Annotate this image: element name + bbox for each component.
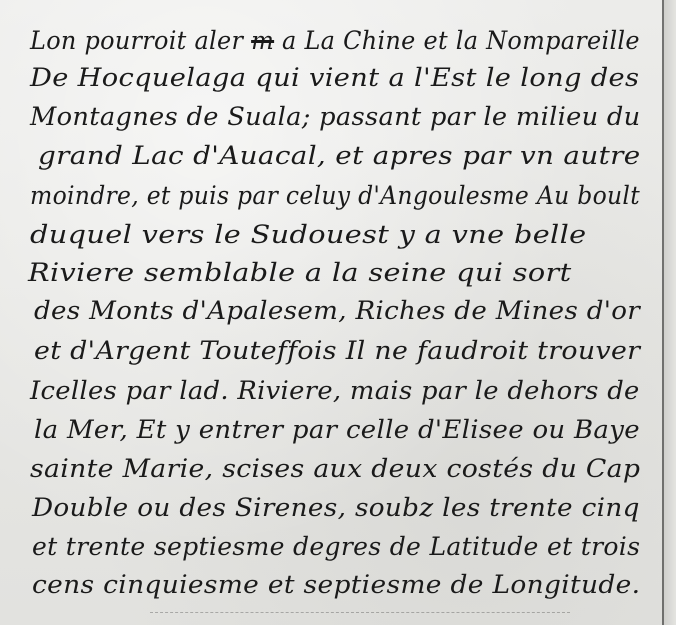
- binding-gutter: [664, 0, 676, 625]
- manuscript-line-10: Icelles par lad. Riviere, mais par le de…: [30, 378, 640, 403]
- line-7-text: Riviere semblable a la seine qui sort: [28, 258, 571, 287]
- manuscript-line-2: De Hocquelaga qui vient a l'Est le long …: [30, 65, 639, 90]
- manuscript-line-6: duquel vers le Sudouest y a vne belle: [30, 222, 586, 247]
- manuscript-line-13: Double ou des Sirenes, soubz les trente …: [32, 495, 640, 520]
- manuscript-line-14: et trente septiesme degres de Latitude e…: [32, 534, 640, 559]
- line-2-text: De Hocquelaga qui vient a l'Est le long …: [30, 63, 639, 92]
- line-3-text: Montagnes de Suala; passant par le milie…: [30, 102, 641, 131]
- line-15-text: cens cinquiesme et septiesme de Longitud…: [32, 570, 640, 599]
- line-4-text: grand Lac d'Auacal, et apres par vn autr…: [38, 141, 641, 170]
- manuscript-line-4: grand Lac d'Auacal, et apres par vn autr…: [38, 143, 641, 168]
- line-14-text: et trente septiesme degres de Latitude e…: [32, 532, 640, 561]
- manuscript-line-9: et d'Argent Touteffois Il ne faudroit tr…: [34, 338, 640, 363]
- line-8-text: des Monts d'Apalesem, Riches de Mines d'…: [34, 296, 640, 325]
- line-13-text: Double ou des Sirenes, soubz les trente …: [32, 493, 640, 522]
- manuscript-line-11: la Mer, Et y entrer par celle d'Elisee o…: [34, 417, 640, 442]
- line-11-text: la Mer, Et y entrer par celle d'Elisee o…: [34, 415, 640, 444]
- struck-out-text: m: [251, 26, 274, 55]
- manuscript-line-8: des Monts d'Apalesem, Riches de Mines d'…: [34, 298, 640, 323]
- manuscript-line-12: sainte Marie, scises aux deux costés du …: [30, 456, 640, 481]
- manuscript-line-3: Montagnes de Suala; passant par le milie…: [30, 104, 641, 129]
- manuscript-line-7: Riviere semblable a la seine qui sort: [28, 260, 571, 285]
- line-12-text: sainte Marie, scises aux deux costés du …: [30, 454, 640, 483]
- manuscript-page: Lon pourroit aler m a La Chine et la Nom…: [0, 0, 676, 625]
- faint-bleed-scribble: [150, 612, 570, 619]
- line-5-text: moindre, et puis par celuy d'Angoulesme …: [30, 181, 640, 210]
- line-6-text: duquel vers le Sudouest y a vne belle: [30, 220, 586, 249]
- line-1-text: Lon pourroit aler: [30, 26, 243, 55]
- manuscript-line-1: Lon pourroit aler m a La Chine et la Nom…: [30, 28, 640, 53]
- manuscript-line-15: cens cinquiesme et septiesme de Longitud…: [32, 572, 640, 597]
- line-1-rest: a La Chine et la Nompareille: [282, 26, 640, 55]
- line-10-text: Icelles par lad. Riviere, mais par le de…: [30, 376, 640, 405]
- manuscript-line-5: moindre, et puis par celuy d'Angoulesme …: [30, 183, 640, 208]
- line-9-text: et d'Argent Touteffois Il ne faudroit tr…: [34, 336, 640, 365]
